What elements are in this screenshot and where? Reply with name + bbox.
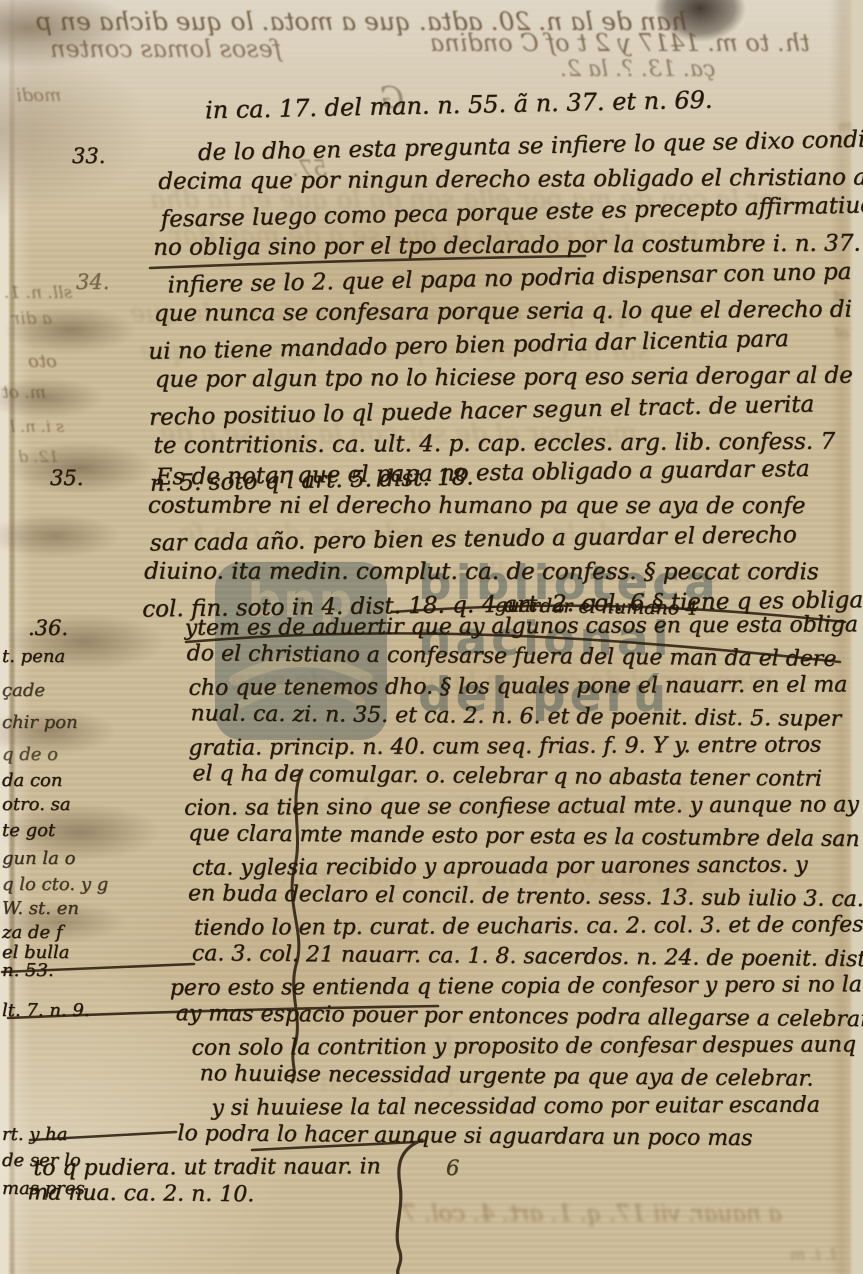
stray-mark: 6 [446, 1158, 459, 1179]
bleedthrough-line: ça. 13. ?. la 2. [560, 58, 715, 82]
bleedthrough-line: modi [16, 86, 61, 106]
margin-note: za de f [2, 924, 63, 942]
margin-note: otro. sa [2, 796, 71, 814]
margin-number: 34. [76, 272, 109, 293]
section-35: Es de notar que el papa no esta obligado… [108, 460, 859, 629]
margin-note: de ser lo [2, 1152, 81, 1170]
margin-note: t. pena [2, 648, 65, 666]
text-line: ma nua. ca. 2. n. 10. [27, 1182, 857, 1219]
margin-note: mas pres [2, 1180, 85, 1198]
bleedthrough-line: a dir [12, 310, 52, 329]
bleedthrough-line: s i. n. l [10, 418, 64, 436]
bleedthrough-line: oto [28, 352, 57, 372]
margin-note: te got [2, 822, 55, 840]
margin-note: gun la o [2, 850, 75, 868]
margin-number: 35. [50, 468, 83, 489]
margin-note: çade [2, 682, 45, 700]
margin-note: W. st. en [2, 900, 79, 918]
section-33: de lo dho en esta pregunta se infiere lo… [106, 131, 860, 503]
margin-note: q lo cto. y g [2, 876, 108, 894]
margin-note: q de o [2, 746, 58, 764]
ghost-line: l. i. m [790, 1246, 836, 1264]
margin-note: rt. y ha [2, 1126, 68, 1144]
bleedthrough-line: sll. n. 1. [4, 284, 72, 303]
margin-note: chir pon [2, 714, 78, 732]
heading-line: in ca. 17. del man. n. 55. ã n. 37. et n… [205, 88, 713, 123]
interline-note: guardar el humano 4 [495, 596, 698, 619]
bleedthrough-line: m. ot [2, 384, 46, 403]
bleedthrough-line: fesos lomas conten [50, 36, 282, 62]
section-36: ytem es de aduertir que ay algunos casos… [107, 615, 859, 1217]
margin-note: n. 53. [2, 962, 54, 980]
margin-number: 33. [72, 146, 105, 167]
margin-note: lt. 7. n. 9. [2, 1002, 90, 1020]
manuscript-page: han de la n. 20. adta. que a mota. lo qu… [0, 0, 863, 1274]
bleedthrough-line: th. to m. 1417 y 2 t of C ondina [430, 30, 810, 56]
margin-note: da con [2, 772, 63, 790]
bleedthrough-line: 12. d [18, 448, 59, 466]
margin-number: .36. [28, 618, 68, 639]
